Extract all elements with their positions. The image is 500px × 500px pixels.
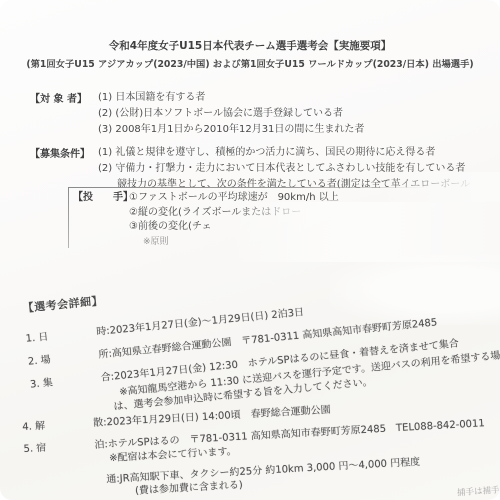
document-subtitle: (第1回女子U15 アジアカップ(2023/中国) および第1回女子U15 ワー… (0, 56, 500, 70)
detail-row-label (24, 453, 96, 470)
pitcher-note-faded: ※原則 (143, 235, 470, 250)
requirements-item: (1) 礼儀と規律を遵守し、積極的かつ活力に満ち、国民の期待に応え得る者 (98, 145, 470, 161)
detail-row-label: 2. 場 (27, 349, 99, 369)
box-top-border (68, 187, 462, 188)
section-requirements-items: (1) 礼儀と規律を遵守し、積極的かつ活力に満ち、国民の期待に応え得る者 (2)… (98, 145, 470, 193)
section-eligibility: 【対 象 者】 (1) 日本国籍を有する者 (2) (公財)日本ソフトボール協会… (30, 90, 364, 138)
selection-details-upper: 【選考会詳細】 1. 日 時:2023年1月27日(金)〜1月29日(日) 2泊… (22, 254, 500, 422)
screenshot: 令和4年度女子U15日本代表チーム選手選考会【実施要項】 (第1回女子U15 ア… (0, 0, 500, 500)
section-requirements-label: 【募集条件】 (30, 145, 96, 193)
pitcher-criteria-box: 【投 手】 ①ファストボールの平均球速が 90km/h 以上 ②縦の変化(ライズ… (68, 187, 470, 249)
pitcher-item: ①ファストボールの平均球速が 90km/h 以上 (129, 191, 339, 206)
pitcher-criteria-row: 【投 手】 ①ファストボールの平均球速が 90km/h 以上 (73, 191, 470, 206)
requirements-item: (2) 守備力・打撃力・走力において日本代表としてふさわしい技能を有している者 (98, 161, 470, 177)
pitcher-item: ③前後の変化(チェ (129, 220, 470, 235)
pitcher-item: ②縦の変化(ライズボールまたはドロー (129, 206, 470, 221)
document-photo: 令和4年度女子U15日本代表チーム選手選考会【実施要項】 (第1回女子U15 ア… (0, 0, 500, 500)
section-eligibility-items: (1) 日本国籍を有する者 (2) (公財)日本ソフトボール協会に選手登録してい… (98, 90, 364, 138)
eligibility-item: (2) (公財)日本ソフトボール協会に選手登録している者 (98, 106, 364, 122)
eligibility-item: (3) 2008年1月1日から2010年12月31日の間に生まれた者 (98, 122, 364, 138)
section-eligibility-label: 【対 象 者】 (30, 90, 96, 138)
eligibility-item: (1) 日本国籍を有する者 (98, 90, 364, 106)
section-requirements: 【募集条件】 (1) 礼儀と規律を遵守し、積極的かつ活力に満ち、国民の期待に応え… (30, 145, 470, 193)
faded-text-fragment: 捕手は捕手 (457, 484, 500, 499)
box-left-border (68, 187, 69, 248)
detail-row-label: 1. 日 (25, 326, 97, 346)
pitcher-label: 【投 手】 (73, 191, 129, 206)
pitcher-criteria-content: 【投 手】 ①ファストボールの平均球速が 90km/h 以上 ②縦の変化(ライズ… (68, 187, 470, 249)
detail-row-label: 4. 解 (22, 417, 94, 434)
document-title: 令和4年度女子U15日本代表チーム選手選考会【実施要項】 (0, 38, 500, 53)
